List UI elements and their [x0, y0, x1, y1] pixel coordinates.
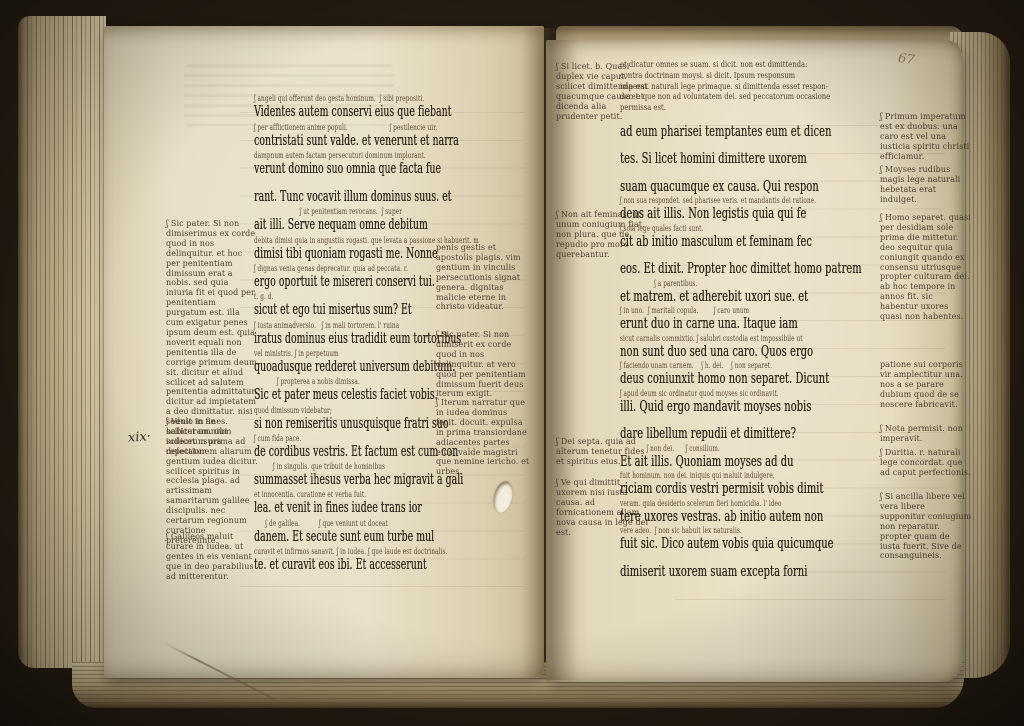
main-text-column: ʃ angeli qui offerunt deo gesta hominum.…	[254, 92, 436, 573]
main-text: si non remiseritis unusquisque fratri su…	[254, 415, 367, 432]
main-text: cit ab initio masculum et feminam fec	[620, 233, 790, 250]
text-line: ʃ iusta animadversio. ʃ in mali tortorem…	[254, 318, 436, 346]
margin-gloss: ʃ Venit in fines. scilicet omnium iudeor…	[166, 417, 258, 546]
main-text: dens ait illis. Non legistis quia qui fe	[620, 205, 790, 222]
text-line: eos. Et dixit. Propter hoc dimittet homo…	[620, 250, 878, 278]
main-text: te. et curavit eos ibi. Et accesserunt	[254, 556, 367, 573]
main-text: quoadusque redderet universum debitum.	[254, 358, 367, 375]
text-line: ʃ a parentibus. et matrem. et adherebit …	[620, 277, 878, 305]
margin-gloss: ʃ Galileos maluit curare in iudea. ut ge…	[166, 532, 258, 582]
main-text: ergo oportuit te misereri conservi tui.	[254, 273, 367, 290]
main-text-column: ad eum pharisei temptantes eum et dicen …	[620, 112, 878, 580]
main-text: dimisi tibi quoniam rogasti me. Nonne	[254, 245, 367, 262]
text-line: vel ministris. ʃ in perpetuum quoadusque…	[254, 347, 436, 375]
main-text: lea. et venit in fines iudee trans ior	[254, 499, 367, 516]
manuscript-page-recto: 67 ʃ Si licet. b. Quasi duplex vie caput…	[546, 40, 962, 682]
main-text: sicut et ego tui misertus sum? Et	[254, 301, 367, 318]
main-text: Sic et pater meus celestis faciet vobis.	[254, 386, 367, 403]
text-line: ad eum pharisei temptantes eum et dicen	[620, 112, 878, 140]
text-line: suam quacumque ex causa. Qui respon	[620, 167, 878, 195]
text-line: t. g. d. sicut et ego tui misertus sum? …	[254, 290, 436, 318]
text-line: ʃ cum fida pace. de cordibus vestris. Et…	[254, 432, 436, 460]
margin-gloss: ʃ Si ancilla libere vel vera libere supp…	[880, 492, 972, 561]
main-text: illi. Quid ergo mandavit moyses nobis	[620, 398, 790, 415]
text-line: ʃ apud deum sic ordinatur quod moyses si…	[620, 387, 878, 415]
margin-gloss: penis gestis et apostolis plagis. vim ge…	[436, 243, 530, 312]
text-line: ʃ propterea a nobis dimissa. Sic et pate…	[254, 375, 436, 403]
main-text: dare libellum repudii et dimittere?	[620, 425, 790, 442]
text-line: ʃ de galilea. ʃ que veniunt ut doceat da…	[254, 516, 436, 544]
main-text: deus coniunxit homo non separet. Dicunt	[620, 370, 790, 387]
text-line: ʃ in uno. ʃ maritali copula. ʃ caro unum…	[620, 305, 878, 333]
text-line: dimiserit uxorem suam excepta forni	[620, 552, 878, 580]
manuscript-book: ʃ Sic pater. Si non dimiserimus ex corde…	[16, 6, 1010, 712]
main-text: summasset ihesus verba hec migravit a ga…	[254, 471, 367, 488]
main-text: de cordibus vestris. Et factum est cum c…	[254, 443, 367, 460]
text-line: sicut carnalis commixtio. ʃ salubri cust…	[620, 332, 878, 360]
text-line: debita dimisi quia in angustiis rogasti.…	[254, 233, 436, 261]
text-line: vere adeo. ʃ non sic habuit lex naturali…	[620, 525, 878, 553]
text-line: ʃ angeli qui offerunt deo gesta hominum.…	[254, 92, 436, 120]
chapter-number: xix·	[128, 429, 152, 446]
text-line: ʃ in singulis. que tribuit de hominibus …	[254, 460, 436, 488]
main-text: verunt domino suo omnia que facta fue	[254, 160, 367, 177]
margin-gloss: ʃ Moyses rudibus magis lege naturali heb…	[880, 165, 972, 205]
text-line: veram. quia desiderio scelerum fieri hom…	[620, 497, 878, 525]
text-line: quod dimissum videbatur; si non remiseri…	[254, 403, 436, 431]
margin-gloss: ʃ Sic pater. Si non dimiserit ex corde q…	[436, 330, 530, 399]
text-line: ʃ non dei. ʃ consilium. Et ait illis. Qu…	[620, 442, 878, 470]
photo-background: ʃ Sic pater. Si non dimiserimus ex corde…	[0, 0, 1024, 726]
manuscript-page-verso: ʃ Sic pater. Si non dimiserimus ex corde…	[104, 26, 544, 678]
main-text: rant. Tunc vocavit illum dominus suus. e…	[254, 188, 367, 205]
main-text: Videntes autem conservi eius que fiebant	[254, 103, 367, 120]
text-line: ʃ faciendo unam carnem. ʃ h. dei. ʃ non …	[620, 360, 878, 388]
main-text: Et ait illis. Quoniam moyses ad du	[620, 453, 790, 470]
text-line: dare libellum repudii et dimittere?	[620, 415, 878, 443]
main-text: tes. Si licet homini dimittere uxorem	[620, 150, 790, 167]
main-text: fuit sic. Dico autem vobis quia quicumqu…	[620, 535, 790, 552]
text-line: ʃ ut penitentiam revocans. ʃ super ait i…	[254, 205, 436, 233]
text-line: dampnum autem factam persecuturi dominum…	[254, 149, 436, 177]
margin-gloss: patione sui corporis vir amplectitur una…	[880, 360, 972, 410]
text-line: curavit et infirmos sanavit. ʃ in iudea.…	[254, 545, 436, 573]
text-line: ʃ dignas venia genas deprecatur. quia ad…	[254, 262, 436, 290]
main-text: suam quacumque ex causa. Qui respon	[620, 178, 790, 195]
text-line: ʃ non sua respondet. sed pharisee veris.…	[620, 195, 878, 223]
gloss-line: contra doctrinam moysi. si dicit. Ipsum …	[620, 71, 852, 82]
text-line: fuit hominum. non dei. iniquis qui malui…	[620, 470, 878, 498]
gloss-line: deret. que non ad voluntatem dei. sed pe…	[620, 92, 852, 103]
text-line: ʃ per afflictionem anime populi. ʃ pesti…	[254, 120, 436, 148]
main-text: danem. Et secute sunt eum turbe mul	[254, 528, 367, 545]
margin-gloss: ʃ Nota permisit. non imperavit.	[880, 424, 972, 444]
text-line: tes. Si licet homini dimittere uxorem	[620, 140, 878, 168]
main-text: iratus dominus eius tradidit eum tortori…	[254, 330, 367, 347]
main-text: erunt duo in carne una. Itaque iam	[620, 315, 790, 332]
main-text: non sunt duo sed una caro. Quos ergo	[620, 343, 790, 360]
main-text: contristati sunt valde. et venerunt et n…	[254, 132, 367, 149]
main-text: tere uxores vestras. ab initio autem non	[620, 508, 790, 525]
margin-gloss: ʃ Iterum narratur que in iudea dominus f…	[436, 398, 530, 477]
text-line: et innocentia. curatione et verba fuit. …	[254, 488, 436, 516]
main-text: ait illi. Serve nequam omne debitum	[254, 216, 367, 233]
margin-gloss: ʃ Homo separet. quasi per desidiam sole …	[880, 213, 972, 322]
text-line: rant. Tunc vocavit illum dominus suus. e…	[254, 177, 436, 205]
gloss-line: imperat. naturali lege primaque. si dimi…	[620, 82, 852, 93]
top-gloss-block: et dicatur omnes se suam. si dicit. non …	[620, 60, 910, 114]
page-edges-left	[18, 16, 106, 668]
main-text: riciam cordis vestri permisit vobis dimi…	[620, 480, 790, 497]
text-line: ʃ sola lege quales facti sunt. cit ab in…	[620, 222, 878, 250]
margin-gloss: ʃ Primum imperatum est ex duobus. una ca…	[880, 112, 972, 162]
main-text: ad eum pharisei temptantes eum et dicen	[620, 123, 790, 140]
gloss-line: et dicatur omnes se suam. si dicit. non …	[620, 60, 852, 71]
main-text: eos. Et dixit. Propter hoc dimittet homo…	[620, 260, 790, 277]
margin-gloss: ʃ Duritia. r. naturali lege concordat. q…	[880, 448, 972, 478]
main-text: et matrem. et adherebit uxori sue. et	[620, 288, 790, 305]
main-text: dimiserit uxorem suam excepta forni	[620, 563, 790, 580]
